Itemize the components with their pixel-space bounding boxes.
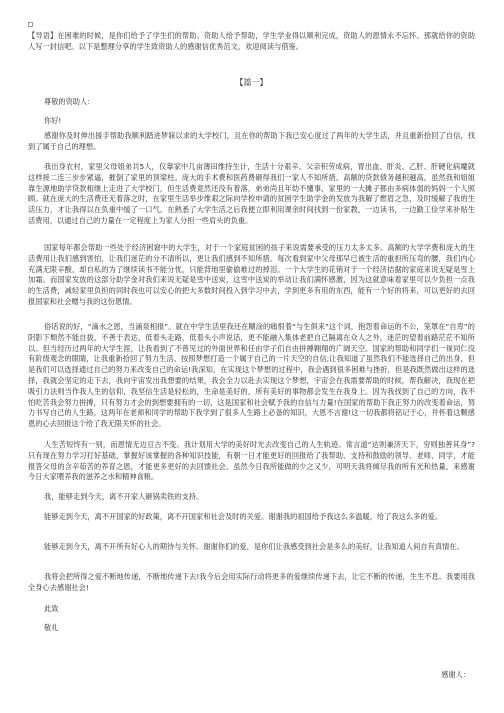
paragraph-7: 能够走到今天，离不开国家的好政策，离不开国家和社会及时的关爱。谢谢我的祖国给予我… — [28, 512, 475, 523]
anchor-marker-icon — [28, 22, 33, 27]
paragraph-2: 我出身农村，家里父母姐弟共5人，仅靠家中几亩薄田维持生计，生活十分艰辛。父亲积劳… — [28, 162, 475, 227]
paragraph-3: 国家每年都会帮助一些处于经济困窘中的大学生，对于一个家庭贫困的孩子来说需要承受的… — [28, 243, 475, 308]
closing-line-2: 敬礼 — [44, 623, 58, 634]
section-title: 【篇一】 — [28, 78, 475, 89]
salutation: 尊敬的资助人： — [44, 97, 94, 108]
paragraph-5: 人生苦短终有一别，而恩情无边亘古不变。我计划用大学的美好时光去改变自己的人生轨迹… — [28, 440, 475, 483]
closing-line-1: 此致 — [44, 604, 58, 615]
greeting: 你好! — [44, 116, 61, 127]
paragraph-6: 我，能够走到今天，离不开家人砸锅卖铁的支持。 — [28, 492, 475, 503]
paragraph-9: 我将会把所得之爱不断地传递，不断地传递下去!我今后会用实际行动将更多的爱继续传递… — [28, 572, 475, 594]
signature-label: 感谢人： — [441, 670, 470, 681]
document-page: 【导语】在困难的时候，是你们给予了学生们的帮助。资助人给予帮助，学生学业得以顺利… — [0, 0, 504, 713]
paragraph-4: 俗话说的好，“滴水之恩，当涌泉相报”。就在中学生活里我还在糊涂的痛恨着“与生俱来… — [28, 322, 475, 430]
paragraph-8: 能够走到今天，离不开所有好心人的期待与关怀。谢谢你们的爱，是你们让我感受到社会是… — [28, 542, 475, 553]
paragraph-1: 感谢你及时伸出援手帮助我顺利踏进梦寐以求的大学校门，且在你的帮助下我已安心度过了… — [28, 131, 475, 153]
intro-paragraph: 【导语】在困难的时候，是你们给予了学生们的帮助。资助人给予帮助，学生学业得以顺利… — [28, 31, 475, 53]
